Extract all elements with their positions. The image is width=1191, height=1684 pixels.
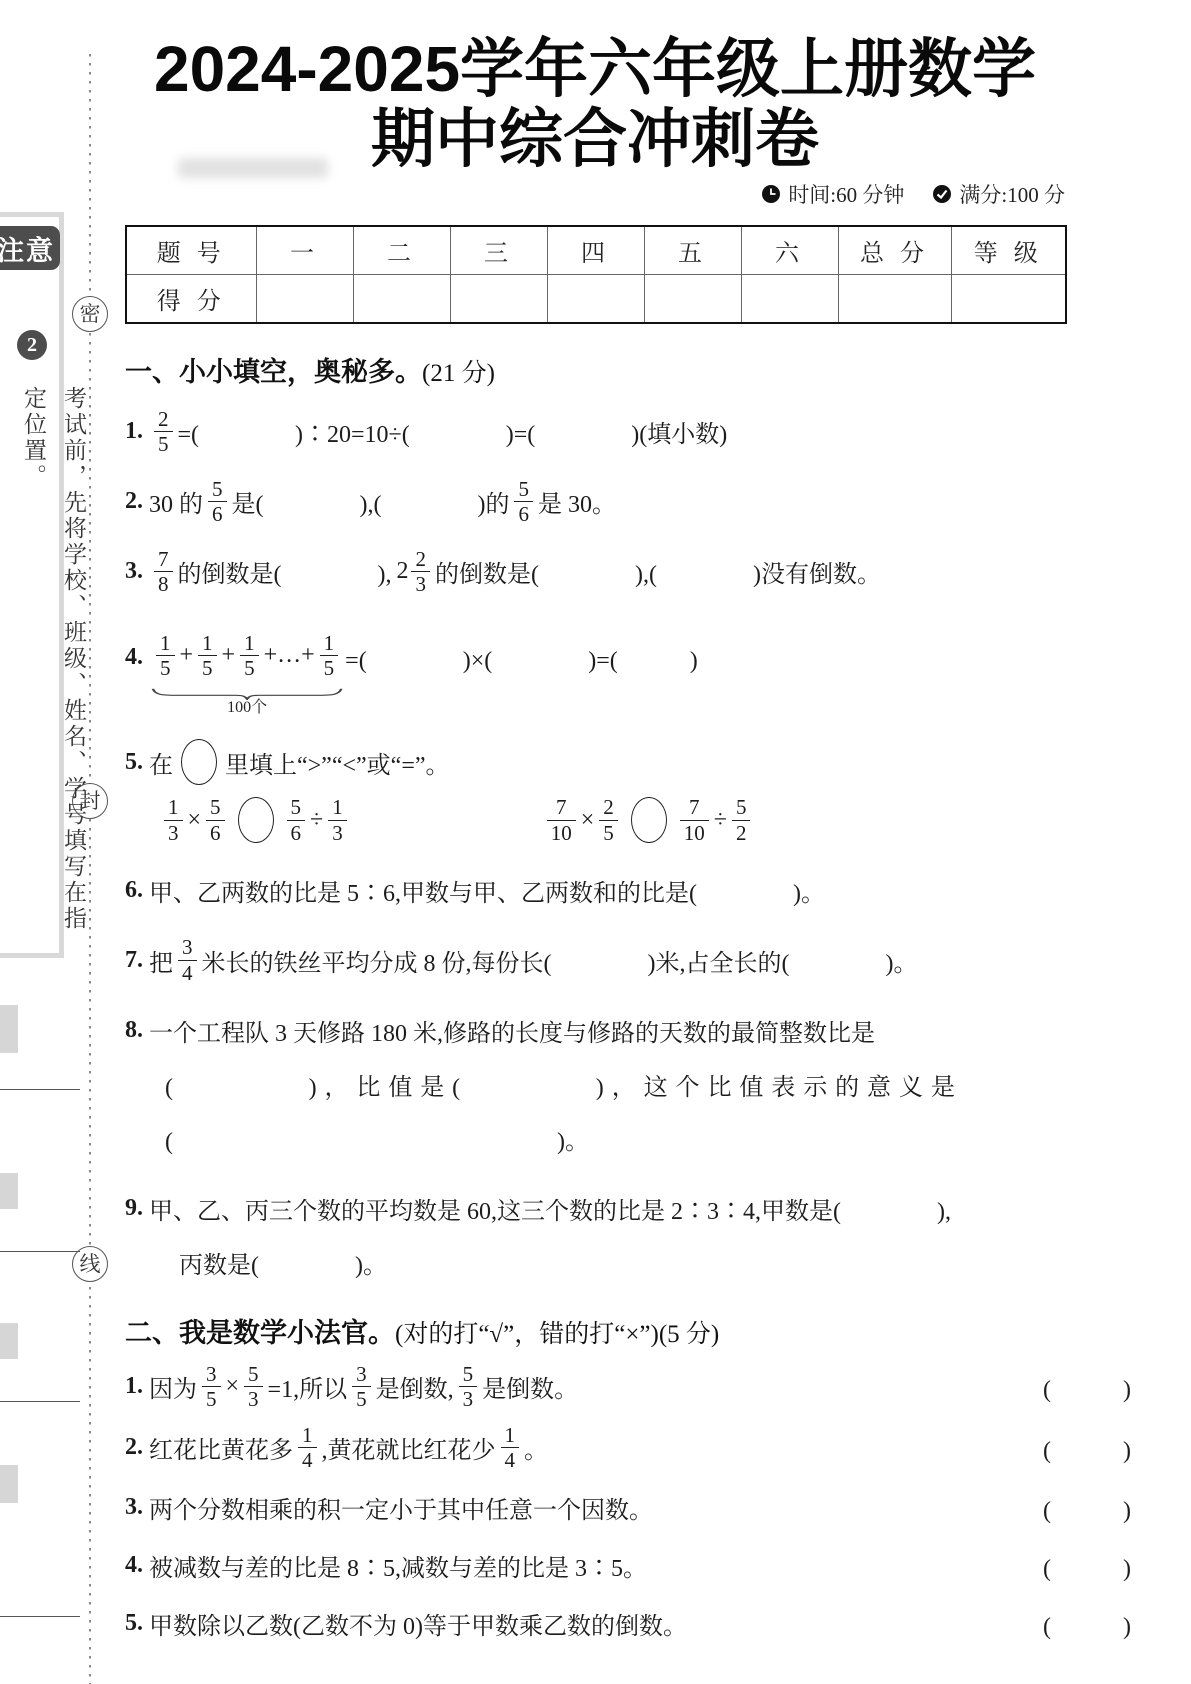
question-text: + xyxy=(222,642,236,669)
score-table: 题 号 一 二 三 四 五 六 总 分 等 级 得 分 xyxy=(125,225,1067,324)
question-text: =( )∶20=10÷( )=( )(填小数) xyxy=(178,414,728,449)
score-table-header-row: 题 号 一 二 三 四 五 六 总 分 等 级 xyxy=(126,226,1066,275)
score-table-score-row: 得 分 xyxy=(126,274,1066,323)
paper-title: 2024-2025学年六年级上册数学 期中综合冲刺卷 xyxy=(125,34,1065,175)
question-number: 6. xyxy=(125,877,143,904)
question-text: 在 xyxy=(149,745,173,780)
denominator: 3 xyxy=(244,1386,263,1411)
score-table-header-cell: 等 级 xyxy=(951,226,1066,275)
fraction: 56 xyxy=(206,795,225,844)
question: 3.78的倒数是( ),223的倒数是( ),( )没有倒数。 xyxy=(125,545,1065,599)
numerator: 1 xyxy=(320,631,339,655)
fraction: 710 xyxy=(680,795,709,844)
question-row: ( )，比值是( )，这个比值表示的意义是 xyxy=(165,1057,1065,1111)
fraction: 15 xyxy=(240,631,259,680)
fraction: 53 xyxy=(459,1362,478,1411)
question-text: =1,所以 xyxy=(268,1369,348,1404)
score-input-cell xyxy=(838,274,951,323)
numerator: 5 xyxy=(514,477,533,501)
question-row: 丙数是( )。 xyxy=(179,1235,1065,1289)
fraction: 14 xyxy=(298,1423,317,1472)
question-text: × xyxy=(188,807,202,834)
question-text: 两个分数相乘的积一定小于其中任意一个因数。 xyxy=(149,1490,653,1525)
question-text: 甲、乙、丙三个数的平均数是 60,这三个数的比是 2∶3∶4,甲数是( ), xyxy=(149,1191,951,1226)
numerator: 1 xyxy=(240,631,259,655)
question-number: 5. xyxy=(125,1610,143,1637)
section2-points: (5 分) xyxy=(659,1314,719,1350)
question-text: × xyxy=(581,807,595,834)
numerator: 3 xyxy=(178,935,197,959)
score-table-header-cell: 题 号 xyxy=(126,226,256,275)
numerator: 3 xyxy=(202,1362,221,1386)
question-text: 是倒数, xyxy=(376,1369,454,1404)
margin-field-line xyxy=(0,1401,80,1402)
mixed-whole: 2 xyxy=(396,558,408,585)
margin-field-stub xyxy=(0,1173,18,1209)
question-text: =( )×( )=( ) xyxy=(345,640,698,675)
question-row: 3.78的倒数是( ),223的倒数是( ),( )没有倒数。 xyxy=(125,545,1065,599)
numerator: 5 xyxy=(459,1362,478,1386)
paper-title-line1: 2024-2025学年六年级上册数学 xyxy=(125,34,1065,104)
denominator: 8 xyxy=(154,571,173,596)
question-number: 4. xyxy=(125,1552,143,1579)
question-text: 被减数与差的比是 8∶5,减数与差的比是 3∶5。 xyxy=(149,1548,647,1583)
paper-title-line2: 期中综合冲刺卷 xyxy=(125,104,1065,174)
numerator: 5 xyxy=(208,477,227,501)
score-table-header-cell: 五 xyxy=(644,226,741,275)
exam-paper-page: 密 封 线 注意 2 考试前，先将学校、班级、姓名、学号填写在指定位置。 202… xyxy=(0,0,1191,1684)
comparison-circle xyxy=(631,797,667,843)
fraction: 56 xyxy=(287,795,306,844)
notice-badge: 注意 xyxy=(0,226,60,270)
margin-field-stub xyxy=(0,1465,18,1503)
fraction: 56 xyxy=(514,477,533,526)
denominator: 6 xyxy=(287,820,306,845)
fraction: 35 xyxy=(352,1362,371,1411)
score-table-header-cell: 总 分 xyxy=(838,226,951,275)
question-row: 2.30 的56是( ),( )的56是 30。 xyxy=(125,475,1065,529)
denominator: 3 xyxy=(459,1386,478,1411)
fraction: 15 xyxy=(320,631,339,680)
question-number: 9. xyxy=(125,1195,143,1222)
question: 8.一个工程队 3 天修路 180 米,修路的长度与修路的天数的最简整数比是( … xyxy=(125,1003,1065,1165)
question-number: 1. xyxy=(125,418,143,445)
question-number: 1. xyxy=(125,1373,143,1400)
numerator: 1 xyxy=(198,631,217,655)
denominator: 5 xyxy=(240,655,259,680)
denominator: 6 xyxy=(206,820,225,845)
answer-blank: ( ) xyxy=(1043,1606,1131,1641)
denominator: 5 xyxy=(202,1386,221,1411)
question-number: 2. xyxy=(125,1434,143,1461)
question-number: 8. xyxy=(125,1017,143,1044)
question-text: +…+ xyxy=(264,642,315,669)
question-number: 2. xyxy=(125,488,143,515)
score-input-cell xyxy=(741,274,838,323)
fraction: 15 xyxy=(156,631,175,680)
fraction: 34 xyxy=(178,935,197,984)
question: 7.把34米长的铁丝平均分成 8 份,每份长( )米,占全长的( )。 xyxy=(125,933,1065,987)
question-number: 3. xyxy=(125,558,143,585)
question-row: 13×5656÷13710×25710÷52 xyxy=(159,793,1065,847)
question-row: 4.15+15+15+…+15100个=( )×( )=( ) xyxy=(125,615,1065,701)
denominator: 5 xyxy=(198,655,217,680)
score-row-label: 得 分 xyxy=(126,274,256,323)
seal-char-mi: 密 xyxy=(72,296,108,332)
underbrace-label: 100个 xyxy=(227,694,267,717)
denominator: 10 xyxy=(680,820,709,845)
question: 6.甲、乙两数的比是 5∶6,甲数与甲、乙两数和的比是( )。 xyxy=(125,863,1065,917)
denominator: 10 xyxy=(547,820,576,845)
fraction: 25 xyxy=(599,795,618,844)
question-row: 8.一个工程队 3 天修路 180 米,修路的长度与修路的天数的最简整数比是 xyxy=(125,1003,1065,1057)
denominator: 5 xyxy=(599,820,618,845)
fraction: 53 xyxy=(244,1362,263,1411)
score-table-header-cell: 三 xyxy=(450,226,547,275)
fraction: 14 xyxy=(501,1423,520,1472)
numerator: 7 xyxy=(154,547,173,571)
score-input-cell xyxy=(353,274,450,323)
denominator: 4 xyxy=(298,1447,317,1472)
comparison-circle xyxy=(181,739,217,785)
section2-heading: 二、我是数学小法官。 (对的打“√”，错的打“×”) (5 分) xyxy=(125,1311,1065,1350)
score-input-cell xyxy=(951,274,1066,323)
denominator: 5 xyxy=(156,655,175,680)
question: 9.甲、乙、丙三个数的平均数是 60,这三个数的比是 2∶3∶4,甲数是( ),… xyxy=(125,1181,1065,1289)
denominator: 6 xyxy=(514,501,533,526)
question-text: 。 xyxy=(524,1430,548,1465)
fraction: 35 xyxy=(202,1362,221,1411)
full-score-label: 满分:100 分 xyxy=(959,179,1065,209)
score-input-cell xyxy=(644,274,741,323)
question-text: 红花比黄花多 xyxy=(149,1430,293,1465)
section2-heading-text: 二、我是数学小法官。 xyxy=(125,1311,395,1350)
section1-heading: 一、小小填空，奥秘多。 (21 分) xyxy=(125,350,1065,389)
numerator: 5 xyxy=(287,795,306,819)
numerator: 1 xyxy=(298,1423,317,1447)
notice-vertical-text: 考试前，先将学校、班级、姓名、学号填写在指定位置。 xyxy=(13,386,93,952)
question-number: 3. xyxy=(125,1494,143,1521)
numerator: 7 xyxy=(685,795,704,819)
question-row: 6.甲、乙两数的比是 5∶6,甲数与甲、乙两数和的比是( )。 xyxy=(125,863,1065,917)
denominator: 5 xyxy=(154,431,173,456)
numerator: 1 xyxy=(501,1423,520,1447)
question-row: 1.25=( )∶20=10÷( )=( )(填小数) xyxy=(125,405,1065,459)
numerator: 1 xyxy=(328,795,347,819)
numerator: 5 xyxy=(244,1362,263,1386)
question: 2.30 的56是( ),( )的56是 30。 xyxy=(125,475,1065,529)
question: 5.在里填上“>”“<”或“=”。13×5656÷13710×25710÷52 xyxy=(125,735,1065,847)
score-input-cell xyxy=(450,274,547,323)
question-text: 的倒数是( ),( )没有倒数。 xyxy=(435,554,881,589)
question-text: ÷ xyxy=(310,807,323,834)
question-text: 把 xyxy=(149,943,173,978)
answer-blank: ( ) xyxy=(1043,1490,1131,1525)
question-text: 丙数是( )。 xyxy=(179,1245,387,1280)
judge-question-row: 4.被减数与差的比是 8∶5,减数与差的比是 3∶5。( ) xyxy=(125,1543,1131,1589)
denominator: 4 xyxy=(178,960,197,985)
denominator: 5 xyxy=(320,655,339,680)
margin-field-stub xyxy=(0,1323,18,1359)
numerator: 1 xyxy=(156,631,175,655)
time-label: 时间:60 分钟 xyxy=(788,179,904,209)
question-number: 7. xyxy=(125,947,143,974)
fraction: 52 xyxy=(732,795,751,844)
section1-heading-text: 一、小小填空，奥秘多。 xyxy=(125,350,422,389)
fraction: 25 xyxy=(154,407,173,456)
question-number: 4. xyxy=(125,644,143,671)
fraction: 13 xyxy=(164,795,183,844)
numerator: 5 xyxy=(732,795,751,819)
fraction: 13 xyxy=(328,795,347,844)
question-text: 因为 xyxy=(149,1369,197,1404)
question: 1.25=( )∶20=10÷( )=( )(填小数) xyxy=(125,405,1065,459)
numerator: 2 xyxy=(599,795,618,819)
section2-note: (对的打“√”，错的打“×”) xyxy=(395,1314,659,1350)
question-number: 5. xyxy=(125,749,143,776)
numerator: 3 xyxy=(352,1362,371,1386)
answer-blank: ( ) xyxy=(1043,1430,1131,1465)
score-table-header-cell: 四 xyxy=(547,226,644,275)
answer-blank: ( ) xyxy=(1043,1369,1131,1404)
numerator: 2 xyxy=(411,547,430,571)
section1-questions: 1.25=( )∶20=10÷( )=( )(填小数)2.30 的56是( ),… xyxy=(125,405,1065,1289)
question-text: 里填上“>”“<”或“=”。 xyxy=(225,745,450,780)
judge-question-row: 3.两个分数相乘的积一定小于其中任意一个因数。( ) xyxy=(125,1485,1131,1531)
question-row: ( )。 xyxy=(165,1111,1065,1165)
numerator: 7 xyxy=(552,795,571,819)
denominator: 2 xyxy=(732,820,751,845)
question-row: 9.甲、乙、丙三个数的平均数是 60,这三个数的比是 2∶3∶4,甲数是( ), xyxy=(125,1181,1065,1235)
question-text: 是倒数。 xyxy=(482,1369,578,1404)
question-text: + xyxy=(180,642,194,669)
question-text: 30 的 xyxy=(149,484,203,519)
question-row: 5.在里填上“>”“<”或“=”。 xyxy=(125,735,1065,789)
question-text: 甲数除以乙数(乙数不为 0)等于甲数乘乙数的倒数。 xyxy=(149,1606,687,1641)
margin-field-line xyxy=(0,1251,80,1252)
numerator: 2 xyxy=(154,407,173,431)
question-text: ÷ xyxy=(714,807,727,834)
score-input-cell xyxy=(547,274,644,323)
question-text: ( )，比值是( )，这个比值表示的意义是 xyxy=(165,1067,963,1102)
question-text: ( )。 xyxy=(165,1121,589,1156)
underbrace-group: 15+15+15+…+15100个 xyxy=(151,631,343,717)
question-text: ,黄花就比红花少 xyxy=(322,1430,496,1465)
underbrace-icon xyxy=(151,680,343,692)
notice-number-icon: 2 xyxy=(17,330,47,360)
fraction: 78 xyxy=(154,547,173,596)
question-text: 是( ),( )的 xyxy=(232,484,510,519)
score-table-header-cell: 六 xyxy=(741,226,838,275)
comparison-circle xyxy=(238,797,274,843)
fraction: 15 xyxy=(198,631,217,680)
question-text: 的倒数是( ), xyxy=(178,554,392,589)
answer-blank: ( ) xyxy=(1043,1548,1131,1583)
fraction: 56 xyxy=(208,477,227,526)
denominator: 3 xyxy=(411,571,430,596)
margin-field-line xyxy=(0,1616,80,1617)
denominator: 4 xyxy=(501,1447,520,1472)
question-row: 7.把34米长的铁丝平均分成 8 份,每份长( )米,占全长的( )。 xyxy=(125,933,1065,987)
score-table-header-cell: 一 xyxy=(256,226,353,275)
numerator: 1 xyxy=(164,795,183,819)
denominator: 6 xyxy=(208,501,227,526)
margin-field-stub xyxy=(0,1005,18,1053)
section1-points: (21 分) xyxy=(422,353,495,389)
clock-icon xyxy=(761,184,781,204)
score-table-header-cell: 二 xyxy=(353,226,450,275)
question-text: 一个工程队 3 天修路 180 米,修路的长度与修路的天数的最简整数比是 xyxy=(149,1013,875,1048)
question: 4.15+15+15+…+15100个=( )×( )=( ) xyxy=(125,615,1065,701)
judge-question-row: 2.红花比黄花多14,黄花就比红花少14。( ) xyxy=(125,1423,1131,1472)
score-input-cell xyxy=(256,274,353,323)
denominator: 3 xyxy=(164,820,183,845)
check-icon xyxy=(932,184,952,204)
section2-questions: 1.因为35×53=1,所以35是倒数,53是倒数。( )2.红花比黄花多14,… xyxy=(125,1362,1065,1647)
margin-field-line xyxy=(0,1089,80,1090)
judge-question-row: 1.因为35×53=1,所以35是倒数,53是倒数。( ) xyxy=(125,1362,1131,1411)
fraction: 710 xyxy=(547,795,576,844)
judge-question-row: 5.甲数除以乙数(乙数不为 0)等于甲数乘乙数的倒数。( ) xyxy=(125,1601,1131,1647)
paper-meta: 时间:60 分钟 满分:100 分 xyxy=(125,179,1065,209)
fraction: 223 xyxy=(396,547,430,596)
question-text: 甲、乙两数的比是 5∶6,甲数与甲、乙两数和的比是( )。 xyxy=(149,873,825,908)
question-text: × xyxy=(226,1373,240,1400)
question-text: 米长的铁丝平均分成 8 份,每份长( )米,占全长的( )。 xyxy=(202,943,918,978)
question-text: 是 30。 xyxy=(538,484,616,519)
numerator: 5 xyxy=(206,795,225,819)
denominator: 5 xyxy=(352,1386,371,1411)
denominator: 3 xyxy=(328,820,347,845)
